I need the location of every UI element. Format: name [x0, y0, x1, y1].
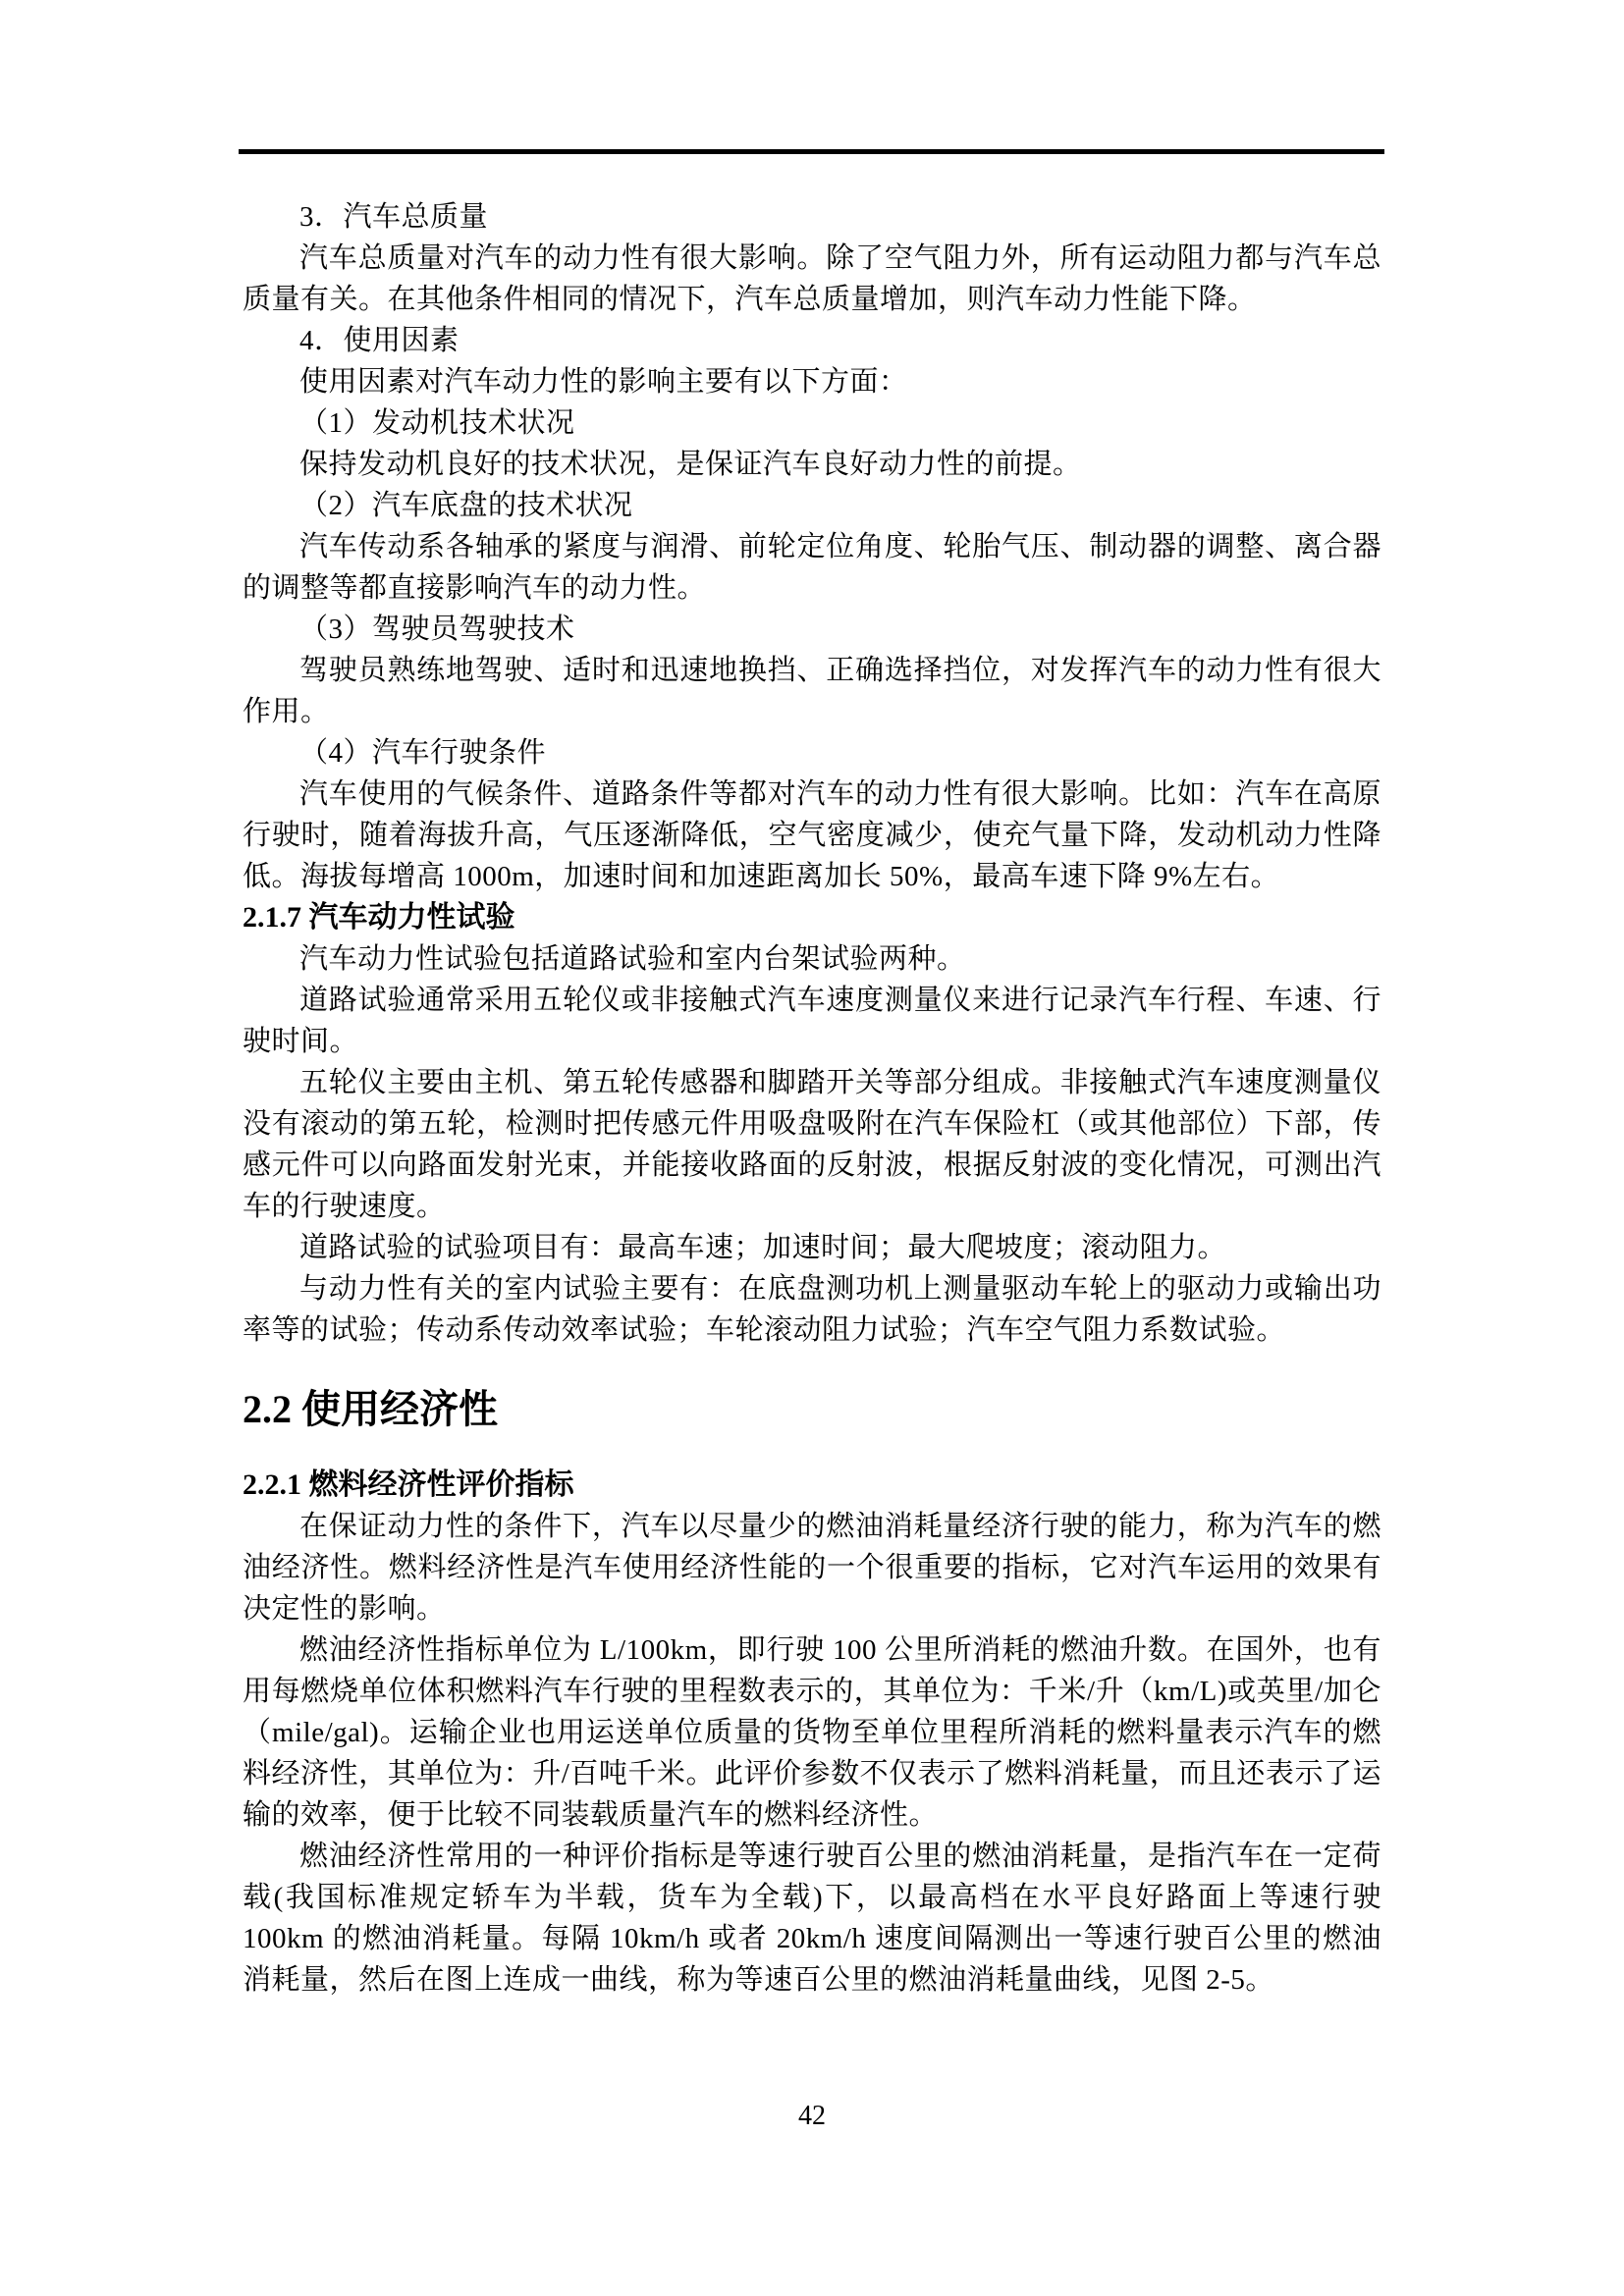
body-paragraph: 在保证动力性的条件下，汽车以尽量少的燃油消耗量经济行驶的能力，称为汽车的燃油经济… — [243, 1506, 1381, 1629]
body-paragraph: 与动力性有关的室内试验主要有：在底盘测功机上测量驱动车轮上的驱动力或输出功率等的… — [243, 1268, 1381, 1351]
sub-point-1-engine-condition: （1）发动机技术状况 — [243, 402, 1381, 444]
body-paragraph: 五轮仪主要由主机、第五轮传感器和脚踏开关等部分组成。非接触式汽车速度测量仪没有滚… — [243, 1062, 1381, 1227]
body-paragraph: 汽车使用的气候条件、道路条件等都对汽车的动力性有很大影响。比如：汽车在高原行驶时… — [243, 774, 1381, 897]
body-paragraph: 保持发动机良好的技术状况，是保证汽车良好动力性的前提。 — [243, 444, 1381, 485]
header-rule — [239, 149, 1384, 154]
body-paragraph: 道路试验的试验项目有：最高车速；加速时间；最大爬坡度；滚动阻力。 — [243, 1227, 1381, 1268]
sub-point-4-driving-conditions: （4）汽车行驶条件 — [243, 732, 1381, 774]
body-paragraph: 使用因素对汽车动力性的影响主要有以下方面： — [243, 361, 1381, 402]
body-paragraph: 驾驶员熟练地驾驶、适时和迅速地换挡、正确选择挡位，对发挥汽车的动力性有很大作用。 — [243, 650, 1381, 732]
section-heading-2-2-1: 2.2.1 燃料经济性评价指标 — [243, 1465, 1381, 1506]
section-heading-2-1-7: 2.1.7 汽车动力性试验 — [243, 897, 1381, 938]
chapter-heading-2-2: 2.2 使用经济性 — [243, 1384, 1381, 1435]
body-paragraph: 道路试验通常采用五轮仪或非接触式汽车速度测量仪来进行记录汽车行程、车速、行驶时间… — [243, 980, 1381, 1062]
numbered-point-3-total-mass: 3．汽车总质量 — [243, 196, 1381, 238]
body-paragraph: 燃油经济性指标单位为 L/100km，即行驶 100 公里所消耗的燃油升数。在国… — [243, 1629, 1381, 1836]
page-number: 42 — [0, 2096, 1624, 2137]
document-body: 3．汽车总质量 汽车总质量对汽车的动力性有很大影响。除了空气阻力外，所有运动阻力… — [243, 196, 1381, 2001]
body-paragraph: 汽车动力性试验包括道路试验和室内台架试验两种。 — [243, 938, 1381, 980]
body-paragraph: 汽车传动系各轴承的紧度与润滑、前轮定位角度、轮胎气压、制动器的调整、离合器的调整… — [243, 526, 1381, 609]
sub-point-2-chassis-condition: （2）汽车底盘的技术状况 — [243, 485, 1381, 526]
document-page: 3．汽车总质量 汽车总质量对汽车的动力性有很大影响。除了空气阻力外，所有运动阻力… — [0, 0, 1624, 2296]
body-paragraph: 燃油经济性常用的一种评价指标是等速行驶百公里的燃油消耗量，是指汽车在一定荷载(我… — [243, 1836, 1381, 2001]
numbered-point-4-usage-factors: 4．使用因素 — [243, 320, 1381, 361]
sub-point-3-driver-skill: （3）驾驶员驾驶技术 — [243, 609, 1381, 650]
body-paragraph: 汽车总质量对汽车的动力性有很大影响。除了空气阻力外，所有运动阻力都与汽车总质量有… — [243, 238, 1381, 320]
